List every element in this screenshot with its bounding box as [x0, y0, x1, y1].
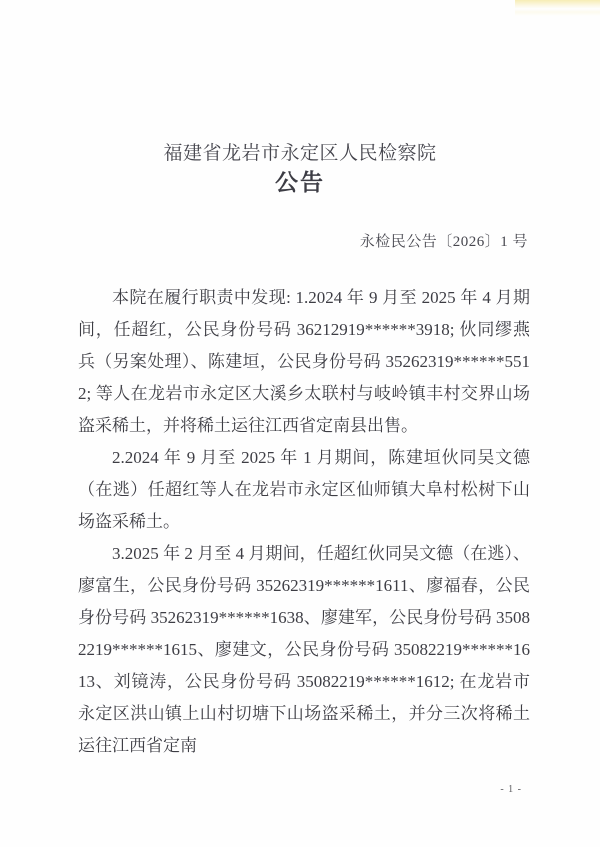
document-subtitle: 公告	[0, 164, 600, 197]
body-paragraph-2: 2.2024 年 9 月至 2025 年 1 月期间，陈建垣伙同吴文德（在逃）任…	[78, 442, 530, 538]
body-paragraph-1: 本院在履行职责中发现: 1.2024 年 9 月至 2025 年 4 月期间，任…	[78, 282, 530, 442]
scanned-document-page: 福建省龙岩市永定区人民检察院 公告 永检民公告〔2026〕1 号 本院在履行职责…	[0, 0, 600, 847]
document-body: 本院在履行职责中发现: 1.2024 年 9 月至 2025 年 4 月期间，任…	[78, 282, 530, 762]
document-number: 永检民公告〔2026〕1 号	[360, 230, 528, 251]
document-title: 福建省龙岩市永定区人民检察院	[0, 138, 600, 165]
page-number: - 1 -	[500, 784, 522, 795]
body-paragraph-3: 3.2025 年 2 月至 4 月期间，任超红伙同吴文德（在逃）、廖富生，公民身…	[78, 538, 530, 762]
scan-artifact-yellow-streak	[515, 0, 600, 16]
